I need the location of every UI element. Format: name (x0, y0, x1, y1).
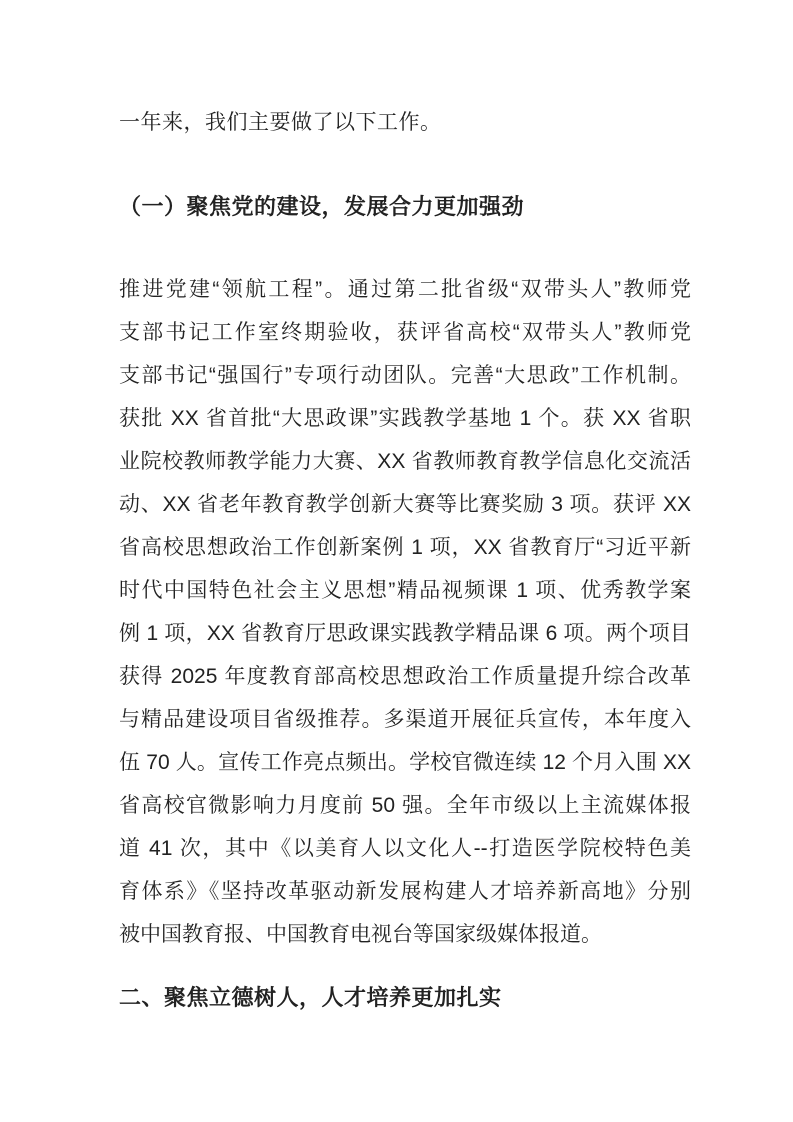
paragraph-line: 育体系》《坚持改革驱动新发展构建人才培养新高地》分别 (119, 870, 691, 913)
paragraph-line: 被中国教育报、中国教育电视台等国家级媒体报道。 (119, 913, 691, 956)
paragraph-line: 业院校教师教学能力大赛、XX 省教师教育教学信息化交流活 (119, 440, 691, 483)
paragraph-line: 获批 XX 省首批“大思政课”实践教学基地 1 个。获 XX 省职 (119, 397, 691, 440)
paragraph-line: 省高校思想政治工作创新案例 1 项，XX 省教育厅“习近平新 (119, 526, 691, 569)
paragraph-line: 与精品建设项目省级推荐。多渠道开展征兵宣传，本年度入 (119, 698, 691, 741)
paragraph-line: 例 1 项，XX 省教育厅思政课实践教学精品课 6 项。两个项目 (119, 612, 691, 655)
section-2-heading: 二、聚焦立德树人，人才培养更加扎实 (119, 976, 691, 1019)
paragraph-line: 获得 2025 年度教育部高校思想政治工作质量提升综合改革 (119, 655, 691, 698)
paragraph-line: 省高校官微影响力月度前 50 强。全年市级以上主流媒体报 (119, 784, 691, 827)
paragraph-line: 道 41 次，其中《以美育人以文化人--打造医学院校特色美 (119, 827, 691, 870)
document-page: 一年来，我们主要做了以下工作。 （一）聚焦党的建设，发展合力更加强劲 推进党建“… (0, 0, 793, 1122)
main-paragraph: 推进党建“领航工程”。通过第二批省级“双带头人”教师党 支部书记工作室终期验收，… (119, 268, 691, 956)
section-1-heading: （一）聚焦党的建设，发展合力更加强劲 (119, 185, 691, 228)
paragraph-line: 支部书记工作室终期验收，获评省高校“双带头人”教师党 (119, 311, 691, 354)
paragraph-line: 伍 70 人。宣传工作亮点频出。学校官微连续 12 个月入围 XX (119, 741, 691, 784)
paragraph-line: 推进党建“领航工程”。通过第二批省级“双带头人”教师党 (119, 268, 691, 311)
paragraph-line: 支部书记“强国行”专项行动团队。完善“大思政”工作机制。 (119, 354, 691, 397)
paragraph-line: 时代中国特色社会主义思想”精品视频课 1 项、优秀教学案 (119, 569, 691, 612)
intro-paragraph: 一年来，我们主要做了以下工作。 (119, 101, 691, 144)
paragraph-line: 动、XX 省老年教育教学创新大赛等比赛奖励 3 项。获评 XX (119, 483, 691, 526)
